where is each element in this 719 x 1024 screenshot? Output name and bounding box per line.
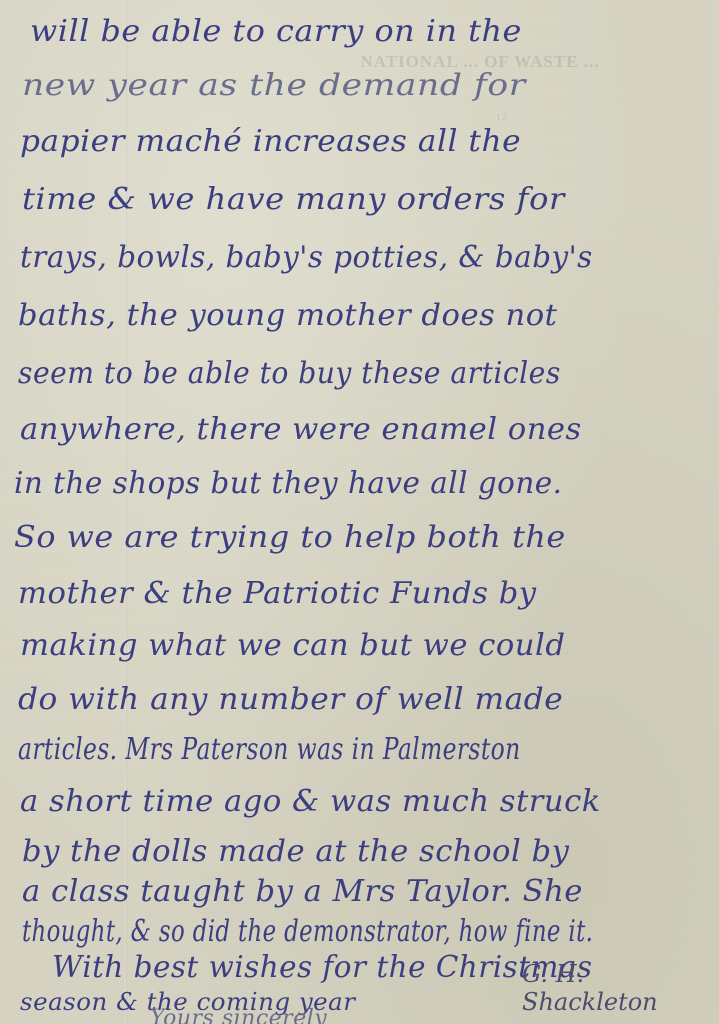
text-line: in the shops but they have all gone. (14, 466, 563, 501)
text-line: a short time ago & was much struck (20, 784, 601, 819)
text-line: seem to be able to buy these articles (18, 356, 561, 391)
closing-line: Yours sincerely (150, 1006, 327, 1024)
text-line: a class taught by a Mrs Taylor. She (22, 874, 583, 909)
text-line: by the dolls made at the school by (22, 834, 569, 869)
text-line: baths, the young mother does not (18, 298, 557, 333)
text-line: With best wishes for the Christmas (52, 950, 593, 985)
text-line: thought, & so did the demonstrator, how … (22, 914, 593, 949)
text-line: time & we have many orders for (22, 182, 565, 217)
text-line: do with any number of well made (18, 682, 563, 717)
text-line: mother & the Patriotic Funds by (18, 576, 537, 611)
text-line: will be able to carry on in the (30, 14, 522, 49)
signature: G. H. Shackleton (522, 960, 719, 1016)
text-line: anywhere, there were enamel ones (20, 412, 582, 447)
letterhead-address: · · · · · · 12 (300, 112, 660, 122)
text-line: making what we can but we could (20, 628, 565, 663)
text-line: papier maché increases all the (20, 124, 521, 159)
text-line: new year as the demand for (22, 68, 526, 103)
text-line: trays, bowls, baby's potties, & baby's (20, 240, 593, 275)
text-line: articles. Mrs Paterson was in Palmerston (18, 732, 521, 767)
text-line: So we are trying to help both the (14, 520, 566, 555)
